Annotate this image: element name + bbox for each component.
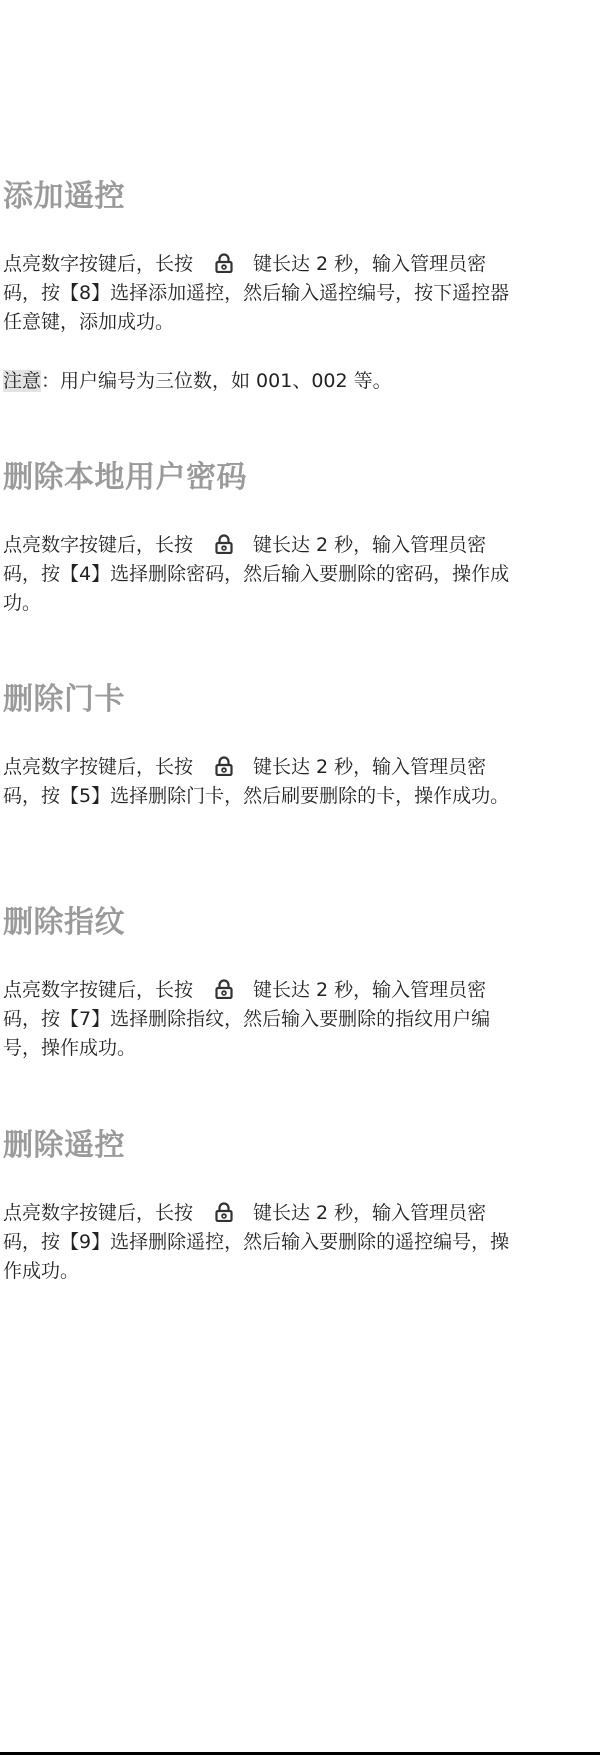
section-body: 点亮数字按键后，长按键长达 2 秒，输入管理员密码，按【7】选择删除指纹，然后输… — [3, 976, 523, 1063]
section-title: 删除遥控 — [3, 1126, 523, 1166]
section-title: 添加遥控 — [3, 177, 523, 217]
note: 注意：用户编号为三位数，如 001、002 等。 — [3, 367, 523, 396]
section-title: 删除本地用户密码 — [3, 458, 523, 498]
section-title: 删除指纹 — [3, 903, 523, 943]
body-prefix: 点亮数字按键后，长按 — [3, 756, 193, 778]
section-add-remote: 添加遥控 点亮数字按键后，长按键长达 2 秒，输入管理员密码，按【8】选择添加遥… — [3, 177, 523, 217]
section-body: 点亮数字按键后，长按键长达 2 秒，输入管理员密码，按【8】选择添加遥控，然后输… — [3, 250, 523, 337]
lock-icon — [215, 534, 233, 554]
section-delete-fingerprint: 删除指纹 点亮数字按键后，长按键长达 2 秒，输入管理员密码，按【7】选择删除指… — [3, 903, 523, 943]
note-label: 注意 — [3, 370, 41, 392]
lock-icon — [215, 756, 233, 776]
section-delete-remote: 删除遥控 点亮数字按键后，长按键长达 2 秒，输入管理员密码，按【9】选择删除遥… — [3, 1126, 523, 1166]
body-prefix: 点亮数字按键后，长按 — [3, 1202, 193, 1224]
body-prefix: 点亮数字按键后，长按 — [3, 979, 193, 1001]
section-delete-password: 删除本地用户密码 点亮数字按键后，长按键长达 2 秒，输入管理员密码，按【4】选… — [3, 458, 523, 498]
body-prefix: 点亮数字按键后，长按 — [3, 534, 193, 556]
lock-icon — [215, 979, 233, 999]
section-body: 点亮数字按键后，长按键长达 2 秒，输入管理员密码，按【4】选择删除密码，然后输… — [3, 531, 523, 618]
section-body: 点亮数字按键后，长按键长达 2 秒，输入管理员密码，按【5】选择删除门卡，然后刷… — [3, 753, 523, 811]
lock-icon — [215, 253, 233, 273]
section-title: 删除门卡 — [3, 680, 523, 720]
note-text: ：用户编号为三位数，如 001、002 等。 — [41, 370, 392, 392]
section-delete-card: 删除门卡 点亮数字按键后，长按键长达 2 秒，输入管理员密码，按【5】选择删除门… — [3, 680, 523, 720]
body-prefix: 点亮数字按键后，长按 — [3, 253, 193, 275]
lock-icon — [215, 1202, 233, 1222]
section-body: 点亮数字按键后，长按键长达 2 秒，输入管理员密码，按【9】选择删除遥控，然后输… — [3, 1199, 523, 1286]
